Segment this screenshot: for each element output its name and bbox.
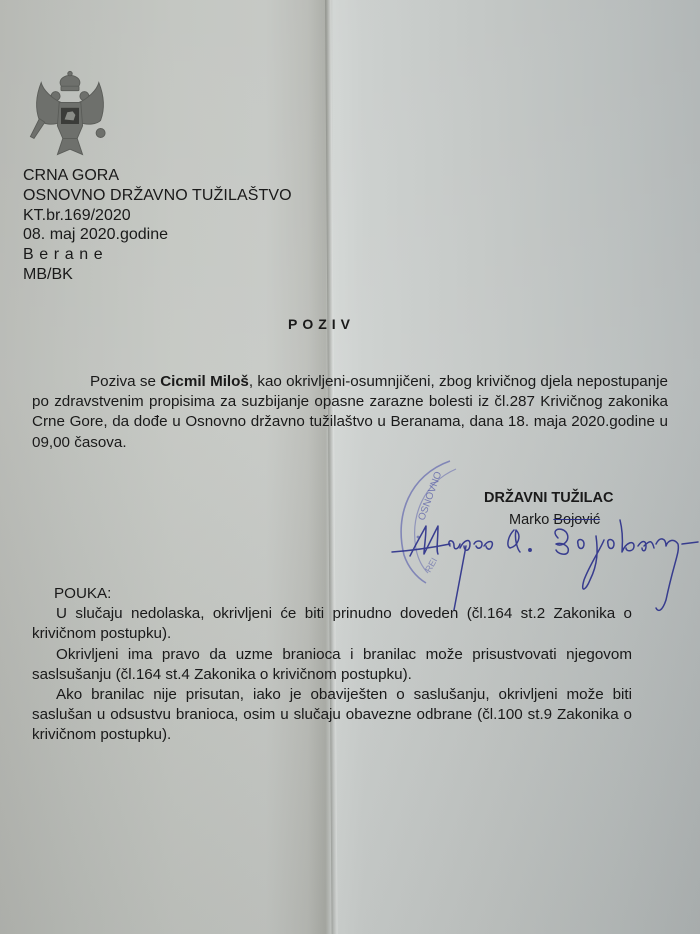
accused-name: Cicmil Miloš [160,373,249,390]
document-date: 08. maj 2020.godine [23,225,292,245]
document-header: CRNA GORA OSNOVNO DRŽAVNO TUŽILAŠTVO KT.… [23,166,292,285]
instructions-section: POUKA: U slučaju nedolaska, okrivljeni ć… [32,584,632,746]
case-number: KT.br.169/2020 [23,206,292,226]
instructions-label: POUKA: [32,584,632,604]
instruction-paragraph: Okrivljeni ima pravo da uzme branioca i … [32,645,632,685]
montenegro-coat-of-arms-icon [25,70,115,160]
document-title: POZIV [288,316,355,332]
summons-paragraph: Poziva se Cicmil Miloš, kao okrivljeni-o… [32,372,668,453]
initials: MB/BK [23,265,292,285]
summons-prefix: Poziva se [90,373,160,390]
city-name: Berane [23,245,292,265]
institution-name: OSNOVNO DRŽAVNO TUŽILAŠTVO [23,186,292,206]
country-name: CRNA GORA [23,166,292,186]
instruction-paragraph: Ako branilac nije prisutan, iako je obav… [32,685,632,746]
instruction-paragraph: U slučaju nedolaska, okrivljeni će biti … [32,604,632,644]
